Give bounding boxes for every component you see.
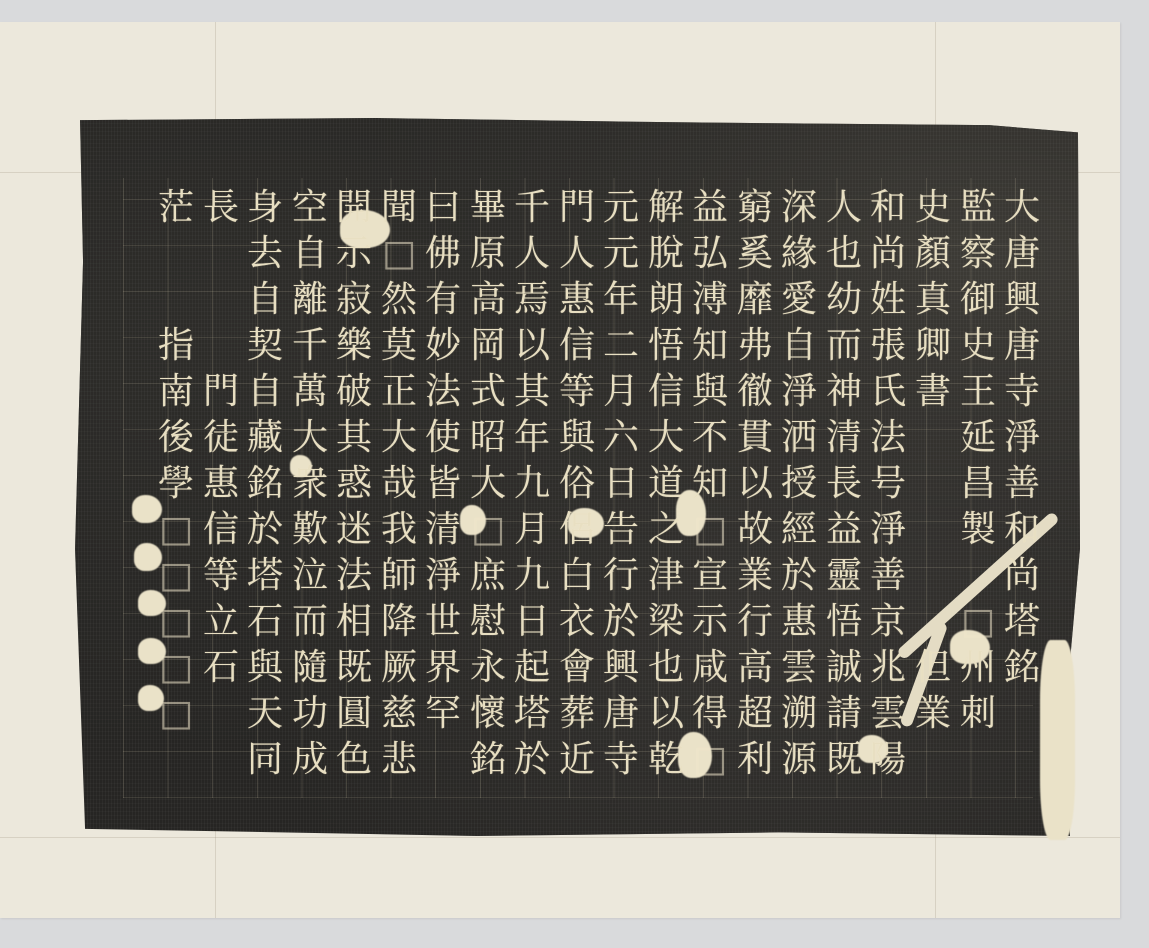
- inscription-character: 等: [203, 553, 239, 599]
- inscription-column: 深緣愛自淨洒授經於惠雲溯源: [777, 185, 821, 783]
- inscription-character: 厥: [381, 645, 417, 691]
- inscription-character: 雲: [781, 645, 817, 691]
- inscription-character: 悲: [381, 737, 417, 783]
- inscription-character: 悟: [826, 599, 862, 645]
- inscription-character: 也: [648, 645, 684, 691]
- inscription-character: 張: [870, 323, 906, 369]
- inscription-column: 身去自契自藏銘於塔石與天同: [243, 185, 287, 783]
- inscription-character: 懷: [470, 691, 506, 737]
- inscription-character: 白: [559, 553, 595, 599]
- inscription-character: 相: [336, 599, 372, 645]
- inscription-character: 悟: [648, 323, 684, 369]
- inscription-character: 門: [203, 369, 239, 415]
- inscription-character: 南: [158, 369, 194, 415]
- inscription-character: 法: [336, 553, 372, 599]
- inscription-character: 行: [737, 599, 773, 645]
- inscription-character: 塔: [514, 691, 550, 737]
- inscription-character: 既: [826, 737, 862, 783]
- inscription-character: 幼: [826, 277, 862, 323]
- inscription-character: □: [159, 553, 193, 599]
- inscription-character: 唐: [1004, 231, 1040, 277]
- inscription-character: 窮: [737, 185, 773, 231]
- inscription-character: 永: [470, 645, 506, 691]
- inscription-character: 其: [336, 415, 372, 461]
- inscription-character: 道: [648, 461, 684, 507]
- inscription-character: 契: [247, 323, 283, 369]
- inscription-character: 弗: [737, 323, 773, 369]
- inscription-character: 姓: [870, 277, 906, 323]
- inscription-character: 我: [381, 507, 417, 553]
- inscription-character: 不: [692, 415, 728, 461]
- inscription-character: 王: [960, 369, 996, 415]
- inscription-character: 惠: [203, 461, 239, 507]
- inscription-character: □: [471, 507, 505, 553]
- inscription-column: 曰佛有妙法使皆清淨世界罕: [421, 185, 465, 737]
- inscription-character: 善: [870, 553, 906, 599]
- inscription-column: 和尚姓張氏法号淨善京兆雲陽: [866, 185, 910, 783]
- inscription-character: 大: [381, 415, 417, 461]
- inscription-character: 與: [559, 415, 595, 461]
- inscription-column: 聞□然莫正大哉我師降厥慈悲: [377, 185, 421, 783]
- inscription-character: 人: [514, 231, 550, 277]
- inscription-character: 昭: [470, 415, 506, 461]
- inscription-column: 益弘溥知與不知□宣示咸得□: [688, 185, 732, 783]
- inscription-character: 人: [559, 231, 595, 277]
- inscription-character: 空: [292, 185, 328, 231]
- inscription-character: 信: [648, 369, 684, 415]
- inscription-character: 陽: [870, 737, 906, 783]
- inscription-character: 哉: [381, 461, 417, 507]
- inscription-character: 與: [247, 645, 283, 691]
- inscription-character: 大: [1004, 185, 1040, 231]
- inscription-character: 皆: [425, 461, 461, 507]
- inscription-character: 長: [203, 185, 239, 231]
- inscription-character: 年: [603, 277, 639, 323]
- inscription-character: 顏: [915, 231, 951, 277]
- inscription-character: 淨: [781, 369, 817, 415]
- inscription-character: □: [159, 691, 193, 737]
- inscription-column: 窮奚靡弗徹貫以故業行高超利: [733, 185, 777, 783]
- inscription-character: 業: [737, 553, 773, 599]
- inscription-character: 朗: [648, 277, 684, 323]
- inscription-character: 指: [158, 323, 194, 369]
- inscription-column: 千人焉以其年九月九日起塔於: [510, 185, 554, 783]
- inscription-character: 超: [737, 691, 773, 737]
- inscription-column: 長 門徒惠信等立石: [199, 185, 243, 691]
- inscription-character: 但: [915, 645, 951, 691]
- inscription-character: 於: [514, 737, 550, 783]
- inscription-character: 知: [692, 461, 728, 507]
- inscription-character: 經: [781, 507, 817, 553]
- inscription-character: 弘: [692, 231, 728, 277]
- inscription-character: 衆: [292, 461, 328, 507]
- inscription-character: 萬: [292, 369, 328, 415]
- inscription-character: 石: [247, 599, 283, 645]
- inscription-character: 岡: [470, 323, 506, 369]
- inscription-character: 以: [514, 323, 550, 369]
- inscription-character: 唐: [1004, 323, 1040, 369]
- inscription-character: 九: [514, 553, 550, 599]
- inscription-character: 溥: [692, 277, 728, 323]
- inscription-character: 寂: [336, 277, 372, 323]
- inscription-character: 尚: [1004, 553, 1040, 599]
- inscription-character: 色: [336, 737, 372, 783]
- inscription-column: 人也幼而神清長益靈悟誠請既: [822, 185, 866, 783]
- inscription-character: 益: [826, 507, 862, 553]
- inscription-character: 元: [603, 185, 639, 231]
- inscription-character: 千: [514, 185, 550, 231]
- inscription-character: 其: [514, 369, 550, 415]
- inscription-character: 乾: [648, 737, 684, 783]
- inscription-character: 莫: [381, 323, 417, 369]
- inscription-character: 銘: [470, 737, 506, 783]
- inscription-character: 也: [826, 231, 862, 277]
- inscription-character: 六: [603, 415, 639, 461]
- inscription-character: 告: [603, 507, 639, 553]
- inscription-character: 自: [292, 231, 328, 277]
- inscription-character: 洒: [781, 415, 817, 461]
- inscription-character: 貫: [737, 415, 773, 461]
- inscription-character: 長: [826, 461, 862, 507]
- inscription-column: 大唐興唐寺淨善和尚塔銘: [1000, 185, 1044, 691]
- inscription-character: 愛: [781, 277, 817, 323]
- inscription-character: 察: [960, 231, 996, 277]
- inscription-character: 興: [1004, 277, 1040, 323]
- inscription-character: 近: [559, 737, 595, 783]
- inscription-character: 法: [870, 415, 906, 461]
- inscription-character: 年: [514, 415, 550, 461]
- inscription-character: 銘: [1004, 645, 1040, 691]
- inscription-character: 原: [470, 231, 506, 277]
- inscription-character: 有: [425, 277, 461, 323]
- inscription-character: 立: [203, 599, 239, 645]
- inscription-character: 聞: [381, 185, 417, 231]
- inscription-character: 脫: [648, 231, 684, 277]
- inscription-character: □: [961, 599, 995, 645]
- inscription-character: 庶: [470, 553, 506, 599]
- inscription-character: 而: [826, 323, 862, 369]
- inscription-character: 會: [559, 645, 595, 691]
- inscription-character: 門: [559, 185, 595, 231]
- inscription-character: 自: [247, 369, 283, 415]
- inscription-character: 靈: [826, 553, 862, 599]
- inscription-character: 高: [737, 645, 773, 691]
- inscription-character: 請: [826, 691, 862, 737]
- inscription-character: 天: [247, 691, 283, 737]
- inscription-character: 開: [336, 185, 372, 231]
- inscription-character: 功: [292, 691, 328, 737]
- inscription-character: 監: [960, 185, 996, 231]
- inscription-character: □: [693, 507, 727, 553]
- inscription-character: 元: [603, 231, 639, 277]
- paper-seam: [0, 837, 1120, 838]
- inscription-character: 史: [915, 185, 951, 231]
- inscription-character: 徹: [737, 369, 773, 415]
- inscription-character: 信: [203, 507, 239, 553]
- inscription-character: 利: [737, 737, 773, 783]
- inscription-character: 以: [737, 461, 773, 507]
- inscription-character: 氏: [870, 369, 906, 415]
- inscription-character: 歎: [292, 507, 328, 553]
- inscription-column: 空自離千萬大衆歎泣而隨功成: [288, 185, 332, 783]
- inscription-character: 梁: [648, 599, 684, 645]
- inscription-character: 真: [915, 277, 951, 323]
- inscription-character: 正: [381, 369, 417, 415]
- inscription-character: 俗: [559, 461, 595, 507]
- inscription-character: 津: [648, 553, 684, 599]
- inscription-column: 開示寂樂破其惑迷法相既圓色: [332, 185, 376, 783]
- inscription-character: 九: [514, 461, 550, 507]
- inscription-character: 藏: [247, 415, 283, 461]
- inscription-character: 千: [292, 323, 328, 369]
- inscription-character: 成: [292, 737, 328, 783]
- inscription-character: 衣: [559, 599, 595, 645]
- inscription-character: 月: [603, 369, 639, 415]
- inscription-character: 誠: [826, 645, 862, 691]
- inscription-character: 以: [648, 691, 684, 737]
- inscription-character: 圓: [336, 691, 372, 737]
- inscription-character: 宣: [692, 553, 728, 599]
- inscription-character: 既: [336, 645, 372, 691]
- inscription-character: 淨: [870, 507, 906, 553]
- inscription-character: 罕: [425, 691, 461, 737]
- inscription-character: □: [159, 507, 193, 553]
- inscription-character: 葬: [559, 691, 595, 737]
- inscription-character: 佛: [425, 231, 461, 277]
- inscription-character: 寺: [1004, 369, 1040, 415]
- inscription-character: 惑: [336, 461, 372, 507]
- inscription-character: 淨: [1004, 415, 1040, 461]
- inscription-character: 畢: [470, 185, 506, 231]
- inscription-character: 溯: [781, 691, 817, 737]
- inscription-character: 人: [826, 185, 862, 231]
- inscription-character: 世: [425, 599, 461, 645]
- inscription-character: 惠: [559, 277, 595, 323]
- inscription-character: 自: [247, 277, 283, 323]
- inscription-character: 大: [292, 415, 328, 461]
- inscription-character: 故: [737, 507, 773, 553]
- inscription-character: 侶: [559, 507, 595, 553]
- inscription-column: 門人惠信等與俗侶白衣會葬近: [555, 185, 599, 783]
- inscription-character: 清: [425, 507, 461, 553]
- inscription-column: 監察御史王延昌製 □州刺: [956, 185, 1000, 737]
- inscription-character: 大: [648, 415, 684, 461]
- inscription-character: 迷: [336, 507, 372, 553]
- inscription-character: 於: [781, 553, 817, 599]
- inscription-character: 起: [514, 645, 550, 691]
- inscription-character: 行: [603, 553, 639, 599]
- inscription-character: 奚: [737, 231, 773, 277]
- inscription-character: 兆: [870, 645, 906, 691]
- inscription-character: 和: [1004, 507, 1040, 553]
- inscription-character: □: [159, 645, 193, 691]
- inscription-character: 史: [960, 323, 996, 369]
- inscription-character: 石: [203, 645, 239, 691]
- inscription-character: 知: [692, 323, 728, 369]
- inscription-character: 書: [915, 369, 951, 415]
- inscription-character: 咸: [692, 645, 728, 691]
- inscription-character: 隨: [292, 645, 328, 691]
- inscription-character: 解: [648, 185, 684, 231]
- inscription-character: 授: [781, 461, 817, 507]
- inscription-character: 延: [960, 415, 996, 461]
- inscription-character: 破: [336, 369, 372, 415]
- inscription-character: 示: [336, 231, 372, 277]
- inscription-column: 畢原高岡式昭大□庶慰永懷銘: [466, 185, 510, 783]
- inscription-character: 泣: [292, 553, 328, 599]
- inscription-character: 使: [425, 415, 461, 461]
- inscription-character: 靡: [737, 277, 773, 323]
- inscription-character: 唐: [603, 691, 639, 737]
- inscription-character: 和: [870, 185, 906, 231]
- inscription-character: 善: [1004, 461, 1040, 507]
- inscription-character: 高: [470, 277, 506, 323]
- inscription-character: 刺: [960, 691, 996, 737]
- inscription-character: 茫: [158, 185, 194, 231]
- inscription-character: 雲: [870, 691, 906, 737]
- inscription-character: 京: [870, 599, 906, 645]
- inscription-character: 卿: [915, 323, 951, 369]
- inscription-character: 後: [158, 415, 194, 461]
- inscription-character: 法: [425, 369, 461, 415]
- inscription-character: 而: [292, 599, 328, 645]
- inscription-character: □: [159, 599, 193, 645]
- inscription-character: 妙: [425, 323, 461, 369]
- inscription-character: 徒: [203, 415, 239, 461]
- inscription-character: 等: [559, 369, 595, 415]
- inscription-character: □: [382, 231, 416, 277]
- inscription-character: 於: [603, 599, 639, 645]
- inscription-character: 塔: [1004, 599, 1040, 645]
- inscription-character: 源: [781, 737, 817, 783]
- inscription-character: □: [693, 737, 727, 783]
- inscription-character: 示: [692, 599, 728, 645]
- torn-edge: [1040, 640, 1075, 840]
- inscription-character: 清: [826, 415, 862, 461]
- inscription-character: 去: [247, 231, 283, 277]
- inscription-character: 惠: [781, 599, 817, 645]
- inscription-character: 尚: [870, 231, 906, 277]
- inscription-character: 降: [381, 599, 417, 645]
- inscription-character: 御: [960, 277, 996, 323]
- inscription-character: 焉: [514, 277, 550, 323]
- inscription-character: 二: [603, 323, 639, 369]
- inscription-character: 離: [292, 277, 328, 323]
- inscription-character: 益: [692, 185, 728, 231]
- inscription-character: 曰: [425, 185, 461, 231]
- inscription-character: 淨: [425, 553, 461, 599]
- inscription-character: 樂: [336, 323, 372, 369]
- inscription-character: 日: [603, 461, 639, 507]
- inscription-character: 同: [247, 737, 283, 783]
- inscription-character: 深: [781, 185, 817, 231]
- inscription-character: 号: [870, 461, 906, 507]
- inscription-character: 興: [603, 645, 639, 691]
- inscription-character: 業: [915, 691, 951, 737]
- inscription-character: 然: [381, 277, 417, 323]
- inscription-character: 與: [692, 369, 728, 415]
- inscription-character: 寺: [603, 737, 639, 783]
- inscription-character: 之: [648, 507, 684, 553]
- inscription-character: 自: [781, 323, 817, 369]
- inscription-character: 大: [470, 461, 506, 507]
- inscription-character: 界: [425, 645, 461, 691]
- inscription-character: 師: [381, 553, 417, 599]
- inscription-column: 解脫朗悟信大道之津梁也以乾: [644, 185, 688, 783]
- inscription-character: 昌: [960, 461, 996, 507]
- inscription-character: 信: [559, 323, 595, 369]
- inscription-column: 茫 指南後學□□□□□: [154, 185, 198, 737]
- inscription-character: 神: [826, 369, 862, 415]
- inscription-character: 州: [960, 645, 996, 691]
- inscription-column: 史顏真卿書 但業: [911, 185, 955, 737]
- inscription-character: 學: [158, 461, 194, 507]
- inscription-character: 慈: [381, 691, 417, 737]
- inscription-character: 銘: [247, 461, 283, 507]
- inscription-character: 式: [470, 369, 506, 415]
- inscription-character: 身: [247, 185, 283, 231]
- inscription-character: 慰: [470, 599, 506, 645]
- inscription-character: 得: [692, 691, 728, 737]
- inscription-character: 緣: [781, 231, 817, 277]
- inscription-character: 於: [247, 507, 283, 553]
- inscription-character: 日: [514, 599, 550, 645]
- inscription-character: 月: [514, 507, 550, 553]
- inscription-character: 製: [960, 507, 996, 553]
- inscription-column: 元元年二月六日告行於興唐寺: [599, 185, 643, 783]
- inscription-character: 塔: [247, 553, 283, 599]
